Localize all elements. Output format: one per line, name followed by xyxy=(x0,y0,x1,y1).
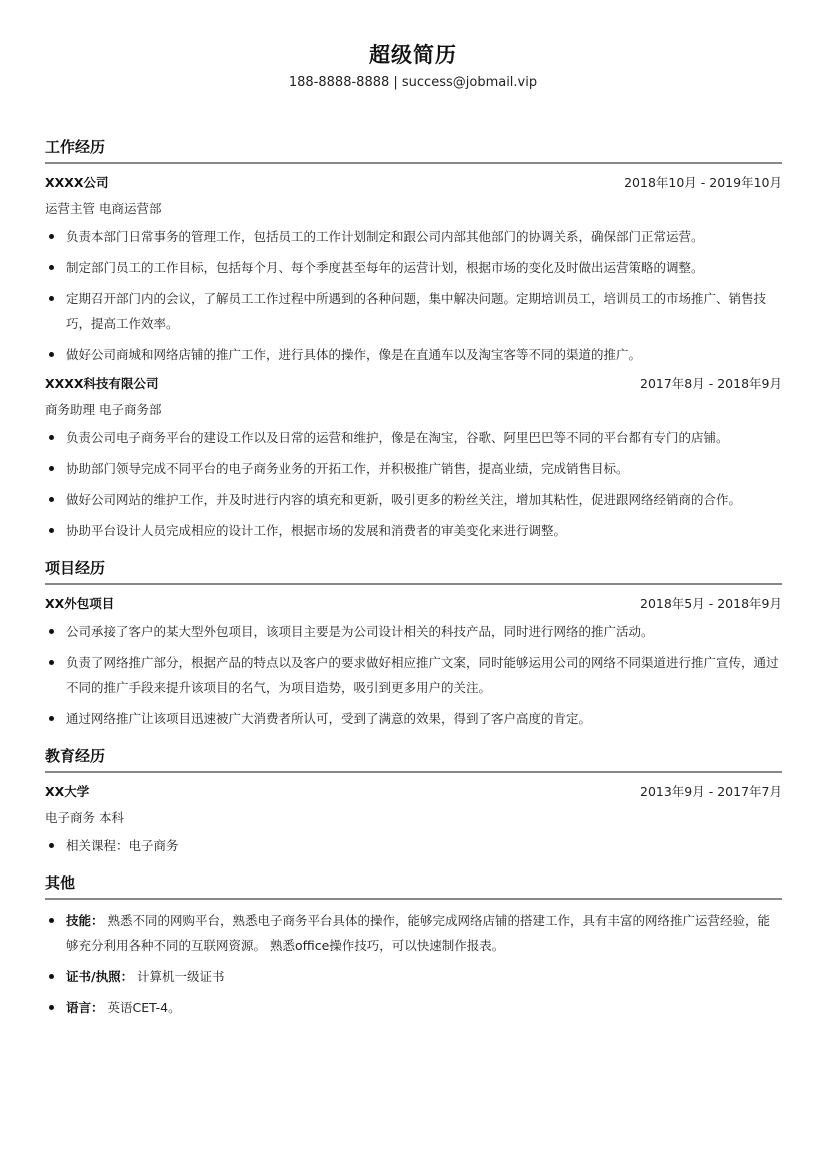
entry-header: XXXX科技有限公司 2017年8月 - 2018年9月 xyxy=(45,373,782,395)
entry-header: XX外包项目 2018年5月 - 2018年9月 xyxy=(45,593,782,615)
resume-content: 工作经历 XXXX公司 2018年10月 - 2019年10月 运营主管 电商运… xyxy=(45,136,782,1034)
school-name: XX大学 xyxy=(45,781,89,803)
entry-header: XXXX公司 2018年10月 - 2019年10月 xyxy=(45,172,782,194)
project-name: XX外包项目 xyxy=(45,593,114,615)
item-text: 英语CET-4。 xyxy=(104,1000,181,1015)
list-item: 做好公司商城和网络店铺的推广工作，进行具体的操作，像是在直通车以及淘宝客等不同的… xyxy=(45,342,782,367)
job-role: 运营主管 电商运营部 xyxy=(45,198,782,220)
item-label: 证书/执照： xyxy=(66,969,133,984)
bullet-list: 负责本部门日常事务的管理工作，包括员工的工作计划制定和跟公司内部其他部门的协调关… xyxy=(45,224,782,367)
entry-header: XX大学 2013年9月 - 2017年7月 xyxy=(45,781,782,803)
date-range: 2013年9月 - 2017年7月 xyxy=(640,781,782,803)
date-range: 2018年5月 - 2018年9月 xyxy=(640,593,782,615)
section-title: 项目经历 xyxy=(45,557,782,585)
section-title: 其他 xyxy=(45,872,782,900)
item-text: 熟悉不同的网购平台，熟悉电子商务平台具体的操作，能够完成网络店铺的搭建工作，具有… xyxy=(66,913,770,953)
list-item: 协助部门领导完成不同平台的电子商务业务的开拓工作，并积极推广销售，提高业绩，完成… xyxy=(45,456,782,481)
list-item-certificates: 证书/执照： 计算机一级证书 xyxy=(45,964,782,989)
bullet-list: 负责公司电子商务平台的建设工作以及日常的运营和维护，像是在淘宝，谷歌、阿里巴巴等… xyxy=(45,425,782,543)
list-item: 负责本部门日常事务的管理工作，包括员工的工作计划制定和跟公司内部其他部门的协调关… xyxy=(45,224,782,249)
education-entry: XX大学 2013年9月 - 2017年7月 电子商务 本科 相关课程：电子商务 xyxy=(45,781,782,858)
list-item-skills: 技能： 熟悉不同的网购平台，熟悉电子商务平台具体的操作，能够完成网络店铺的搭建工… xyxy=(45,908,782,958)
degree: 电子商务 本科 xyxy=(45,807,782,829)
section-education: 教育经历 XX大学 2013年9月 - 2017年7月 电子商务 本科 相关课程… xyxy=(45,745,782,858)
work-entry: XXXX科技有限公司 2017年8月 - 2018年9月 商务助理 电子商务部 … xyxy=(45,373,782,543)
resume-page: 超级简历 188-8888-8888 | success@jobmail.vip… xyxy=(0,0,826,1169)
job-role: 商务助理 电子商务部 xyxy=(45,399,782,421)
section-title: 工作经历 xyxy=(45,136,782,164)
item-label: 技能： xyxy=(66,913,104,928)
item-text: 计算机一级证书 xyxy=(133,969,224,984)
list-item: 做好公司网站的维护工作，并及时进行内容的填充和更新，吸引更多的粉丝关注，增加其粘… xyxy=(45,487,782,512)
section-work: 工作经历 XXXX公司 2018年10月 - 2019年10月 运营主管 电商运… xyxy=(45,136,782,543)
list-item: 协助平台设计人员完成相应的设计工作，根据市场的发展和消费者的审美变化来进行调整。 xyxy=(45,518,782,543)
contact-info: 188-8888-8888 | success@jobmail.vip xyxy=(0,74,826,92)
bullet-list: 公司承接了客户的某大型外包项目，该项目主要是为公司设计相关的科技产品，同时进行网… xyxy=(45,619,782,731)
list-item-languages: 语言： 英语CET-4。 xyxy=(45,995,782,1020)
bullet-list: 相关课程：电子商务 xyxy=(45,833,782,858)
list-item: 定期召开部门内的会议，了解员工工作过程中所遇到的各种问题，集中解决问题。定期培训… xyxy=(45,286,782,336)
date-range: 2017年8月 - 2018年9月 xyxy=(640,373,782,395)
section-other: 其他 技能： 熟悉不同的网购平台，熟悉电子商务平台具体的操作，能够完成网络店铺的… xyxy=(45,872,782,1020)
section-projects: 项目经历 XX外包项目 2018年5月 - 2018年9月 公司承接了客户的某大… xyxy=(45,557,782,731)
item-label: 语言： xyxy=(66,1000,104,1015)
bullet-list: 技能： 熟悉不同的网购平台，熟悉电子商务平台具体的操作，能够完成网络店铺的搭建工… xyxy=(45,908,782,1020)
list-item: 公司承接了客户的某大型外包项目，该项目主要是为公司设计相关的科技产品，同时进行网… xyxy=(45,619,782,644)
candidate-name: 超级简历 xyxy=(0,40,826,70)
company-name: XXXX公司 xyxy=(45,172,109,194)
list-item: 负责公司电子商务平台的建设工作以及日常的运营和维护，像是在淘宝，谷歌、阿里巴巴等… xyxy=(45,425,782,450)
resume-header: 超级简历 188-8888-8888 | success@jobmail.vip xyxy=(0,40,826,92)
list-item: 制定部门员工的工作目标，包括每个月、每个季度甚至每年的运营计划，根据市场的变化及… xyxy=(45,255,782,280)
date-range: 2018年10月 - 2019年10月 xyxy=(624,172,782,194)
work-entry: XXXX公司 2018年10月 - 2019年10月 运营主管 电商运营部 负责… xyxy=(45,172,782,367)
section-title: 教育经历 xyxy=(45,745,782,773)
list-item: 通过网络推广让该项目迅速被广大消费者所认可，受到了满意的效果，得到了客户高度的肯… xyxy=(45,706,782,731)
company-name: XXXX科技有限公司 xyxy=(45,373,159,395)
list-item: 负责了网络推广部分，根据产品的特点以及客户的要求做好相应推广文案，同时能够运用公… xyxy=(45,650,782,700)
list-item: 相关课程：电子商务 xyxy=(45,833,782,858)
project-entry: XX外包项目 2018年5月 - 2018年9月 公司承接了客户的某大型外包项目… xyxy=(45,593,782,731)
